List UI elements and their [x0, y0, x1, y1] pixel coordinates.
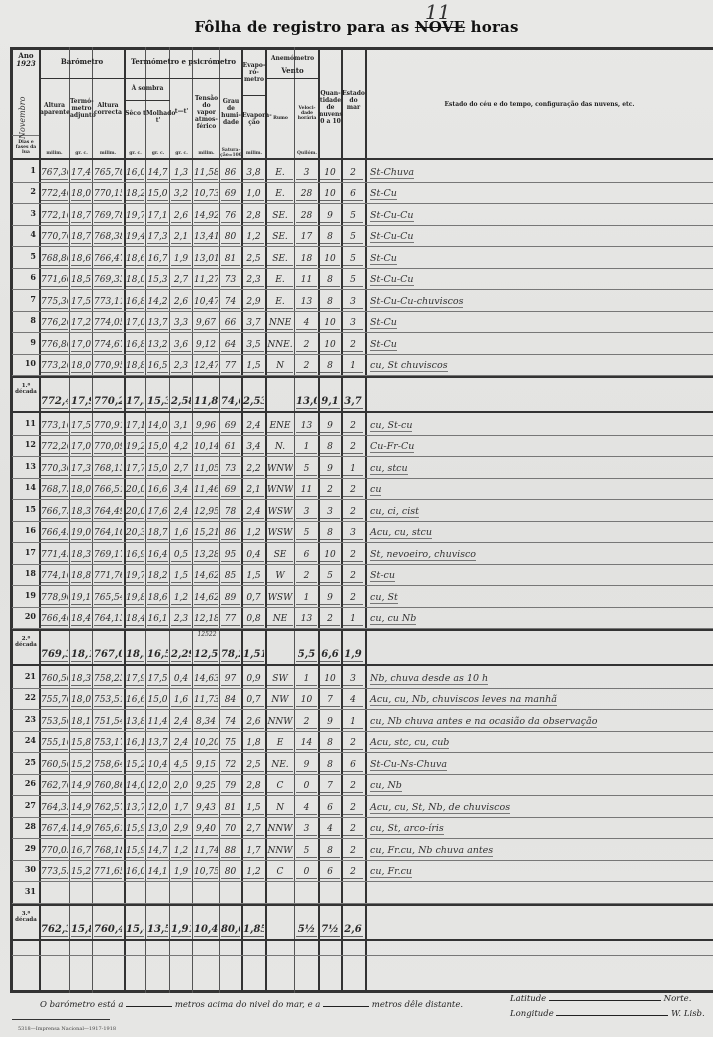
cell-seco: 19,8	[126, 592, 144, 605]
cell-tensao: 8,34	[194, 716, 218, 729]
row-rule	[12, 709, 713, 710]
sky-remark: cu, Fr.cu, Nb chuva antes	[370, 845, 493, 857]
cell-diff: 2,4	[171, 716, 191, 729]
day-number: 22	[14, 692, 36, 702]
day-number: 20	[14, 611, 36, 621]
cell-nuv: 8	[320, 759, 340, 772]
cell-alt-corr: 768,18	[94, 845, 122, 858]
decade-label: 2.ª década	[12, 636, 40, 648]
cell-hum: 70	[221, 823, 240, 836]
cell-evap: 2,5	[243, 759, 264, 772]
cell-diff: 4,2	[171, 441, 191, 454]
cell-diff: 3,6	[171, 339, 191, 352]
cell-hum: 77	[221, 613, 240, 626]
cell-alt-ap: 768,80	[41, 253, 68, 266]
cell-hum: 74,6	[221, 396, 240, 409]
row-rule	[12, 246, 713, 247]
cell-tensao: 10,45	[194, 924, 218, 937]
unit-seco: gr. c.	[125, 151, 146, 156]
cell-rumo: N	[267, 802, 293, 815]
cell-vel: 5½	[296, 924, 317, 937]
cell-alt-ap: 773,10	[41, 420, 68, 433]
cell-hum: 79	[221, 780, 240, 793]
unit-evaporacao: milim.	[242, 151, 266, 156]
unit-termometro-adjunto: gr. c.	[70, 151, 93, 156]
cell-molh: 16,5	[147, 360, 168, 373]
cell-term-adj: 15,8	[71, 737, 91, 750]
row-rule	[12, 182, 713, 183]
day-number: 30	[14, 864, 36, 874]
sky-remark: St-Cu	[370, 317, 397, 329]
cell-alt-ap: 767,45	[41, 823, 68, 836]
velocidade-header: Veloci-dade horária	[295, 106, 319, 121]
cell-alt-ap: 774,10	[41, 570, 68, 583]
cell-tensao: 13,28	[194, 549, 218, 562]
cell-molh: 15,37	[147, 396, 168, 409]
cell-tensao: 11,46	[194, 484, 218, 497]
cell-mar: 6	[343, 759, 363, 772]
cell-molh: 16,52	[147, 649, 168, 662]
cell-term-adj: 17,5	[71, 420, 91, 433]
cell-alt-ap: 771,45	[41, 549, 68, 562]
cell-seco: 17,7	[126, 463, 144, 476]
day-number: 27	[14, 800, 36, 810]
vento-header: Vento	[266, 67, 319, 75]
cell-seco: 19,7	[126, 570, 144, 583]
cell-evap: 1,2	[243, 866, 264, 879]
cell-nuv: 9	[320, 592, 340, 605]
cell-tensao: 11,05	[194, 463, 218, 476]
row-rule	[12, 752, 713, 753]
cell-tensao: 13,41	[194, 231, 218, 244]
cell-evap: 1,5	[243, 570, 264, 583]
cell-diff: 3,4	[171, 484, 191, 497]
cell-diff: 1,2	[171, 845, 191, 858]
cell-mar: 5	[343, 231, 363, 244]
cell-diff: 2,7	[171, 274, 191, 287]
cell-term-adj: 18,0	[71, 694, 91, 707]
cell-diff: 2,1	[171, 231, 191, 244]
cell-rumo: W	[267, 570, 293, 583]
row-rule	[12, 731, 713, 732]
cell-seco: 15,9	[126, 823, 144, 836]
cell-molh: 16,7	[147, 253, 168, 266]
cell-alt-corr: 766,51	[94, 484, 122, 497]
cell-seco: 16,1	[126, 737, 144, 750]
cell-alt-corr: 770,09	[94, 441, 122, 454]
cell-evap: 1,5	[243, 802, 264, 815]
cell-alt-corr: 765,70	[94, 167, 122, 180]
cell-alt-corr: 769,78	[94, 210, 122, 223]
cell-nuv: 8	[320, 441, 340, 454]
row-rule	[12, 354, 713, 355]
cell-seco: 14,0	[126, 780, 144, 793]
cell-term-adj: 17,2	[71, 317, 91, 330]
cell-diff: 0,5	[171, 549, 191, 562]
cell-vel: 2	[296, 360, 317, 373]
day-number: 5	[14, 251, 36, 261]
altura-aparente-header: Altura aparente	[40, 102, 69, 116]
month-value: Novembro	[18, 90, 38, 145]
cell-term-adj: 19,0	[71, 527, 91, 540]
day-number: 15	[14, 504, 36, 514]
cell-term-adj: 18,0	[71, 484, 91, 497]
cell-evap: 1,51	[243, 649, 264, 662]
day-number: 6	[14, 272, 36, 282]
cell-vel: 6	[296, 549, 317, 562]
cell-mar: 4	[343, 694, 363, 707]
cell-mar: 3,7	[343, 396, 363, 409]
row-rule	[12, 311, 713, 312]
cell-nuv: 6	[320, 802, 340, 815]
cell-molh: 15,0	[147, 441, 168, 454]
cell-nuv: 3	[320, 506, 340, 519]
cell-alt-ap: 773,20	[41, 360, 68, 373]
cell-molh: 14,7	[147, 167, 168, 180]
cell-alt-corr: 751,54	[94, 716, 122, 729]
cell-diff: 1,2	[171, 592, 191, 605]
a-sombra-header: À sombra	[125, 85, 170, 92]
cell-nuv: 10	[320, 167, 340, 180]
cell-mar: 2	[343, 420, 363, 433]
cell-alt-corr: 769,17	[94, 549, 122, 562]
cell-molh: 16,6	[147, 484, 168, 497]
row-rule	[12, 203, 713, 204]
row-rule	[12, 664, 713, 666]
cell-vel: 14	[296, 737, 317, 750]
cell-tensao: 11,58	[194, 167, 218, 180]
day-number: 23	[14, 714, 36, 724]
cell-seco: 18,0	[126, 274, 144, 287]
cell-seco: 17,93	[126, 396, 144, 409]
mar-header: Estado do mar	[342, 90, 365, 111]
cell-rumo: N	[267, 360, 293, 373]
cell-term-adj: 17,4	[71, 167, 91, 180]
unit-altura-aparente: milim.	[40, 151, 69, 156]
cell-mar: 3	[343, 673, 363, 686]
cell-mar: 2	[343, 339, 363, 352]
row-rule	[12, 499, 713, 500]
cell-diff: 2,6	[171, 296, 191, 309]
sky-remark: cu, cu Nb	[370, 613, 416, 625]
estado-ceu-header: Estado do céu e do tempo, configuração d…	[366, 101, 713, 108]
cell-mar: 1,9	[343, 649, 363, 662]
cell-evap: 3,7	[243, 317, 264, 330]
cell-diff: 2,0	[171, 780, 191, 793]
imprint: 5318—Imprensa Nacional—1917-1918	[18, 1026, 116, 1032]
cell-seco: 16,8	[126, 339, 144, 352]
cell-alt-corr: 771,76	[94, 570, 122, 583]
cell-seco: 20,0	[126, 484, 144, 497]
cell-seco: 19,2	[126, 441, 144, 454]
cell-diff: 3,3	[171, 317, 191, 330]
barometer-note-suffix: metros dêle distante.	[372, 1000, 463, 1010]
cell-alt-ap: 766,45	[41, 527, 68, 540]
sky-remark: cu, St-cu	[370, 420, 412, 432]
cell-alt-corr: 764,10	[94, 527, 122, 540]
cell-evap: 2,3	[243, 274, 264, 287]
cell-nuv: 10	[320, 317, 340, 330]
cell-molh: 13,7	[147, 737, 168, 750]
cell-vel: 2	[296, 716, 317, 729]
title-suffix: horas	[471, 18, 519, 36]
cell-alt-ap: 772,40	[41, 188, 68, 201]
cell-evap: 0,9	[243, 673, 264, 686]
cell-vel: 5	[296, 527, 317, 540]
cell-vel: 13	[296, 613, 317, 626]
cell-molh: 12,0	[147, 780, 168, 793]
cell-vel: 13,0	[296, 396, 317, 409]
cell-evap: 1,5	[243, 360, 264, 373]
cell-hum: 78,2	[221, 649, 240, 662]
cell-rumo: E.	[267, 188, 293, 201]
cell-term-adj: 18,1	[71, 716, 91, 729]
cell-mar: 2	[343, 823, 363, 836]
cell-alt-corr: 758,23	[94, 673, 122, 686]
cell-alt-corr: 767,05	[94, 649, 122, 662]
cell-rumo: NE.	[267, 759, 293, 772]
cell-mar: 3	[343, 296, 363, 309]
cell-seco: 18,2	[126, 188, 144, 201]
sky-remark: St-Chuva	[370, 167, 414, 179]
row-rule	[12, 289, 713, 290]
cell-rumo: NNW	[267, 823, 293, 836]
cell-evap: 1,2	[243, 527, 264, 540]
barometer-note-mid: metros acima do nivel do mar, e a	[175, 1000, 321, 1010]
cell-evap: 0,4	[243, 549, 264, 562]
cell-seco: 17,1	[126, 420, 144, 433]
cell-tensao: 9,67	[194, 317, 218, 330]
cell-diff: 3,1	[171, 420, 191, 433]
sky-remark: cu, stcu	[370, 463, 408, 475]
cell-alt-ap: 769,35	[41, 649, 68, 662]
sky-remark: cu, ci, cist	[370, 506, 419, 518]
day-number: 24	[14, 735, 36, 745]
cell-hum: 80	[221, 231, 240, 244]
cell-molh: 14,7	[147, 845, 168, 858]
unit-humidade: Satura-ção=100	[220, 148, 242, 158]
row-rule	[12, 795, 713, 796]
cell-evap: 1,0	[243, 188, 264, 201]
cell-nuv: 10	[320, 188, 340, 201]
cell-molh: 14,0	[147, 420, 168, 433]
cell-molh: 18,2	[147, 570, 168, 583]
cell-hum: 81	[221, 802, 240, 815]
sky-remark: St-Cu-Cu-chuviscos	[370, 296, 463, 308]
cell-mar: 5	[343, 274, 363, 287]
cell-evap: 1,8	[243, 737, 264, 750]
cell-tensao: 10,75	[194, 866, 218, 879]
cell-diff: 2,6	[171, 210, 191, 223]
cell-mar: 2	[343, 506, 363, 519]
cell-tensao: 14,62	[194, 592, 218, 605]
header-separator	[125, 100, 170, 101]
unit-molhado: gr. c.	[146, 151, 170, 156]
day-number: 29	[14, 843, 36, 853]
cell-alt-ap: 755,10	[41, 737, 68, 750]
cell-mar: 1	[343, 360, 363, 373]
longitude-line: Longitude W. Lisb.	[510, 1009, 705, 1019]
cell-hum: 78	[221, 506, 240, 519]
cell-diff: 2,3	[171, 360, 191, 373]
cell-rumo: WNW	[267, 484, 293, 497]
cell-molh: 13,7	[147, 317, 168, 330]
cell-molh: 13,2	[147, 339, 168, 352]
cell-vel: 0	[296, 780, 317, 793]
cell-diff: 2,7	[171, 463, 191, 476]
unit-tensao: milim.	[193, 151, 220, 156]
cell-mar: 2	[343, 484, 363, 497]
cell-vel: 5	[296, 463, 317, 476]
row-rule	[12, 564, 713, 565]
cell-tensao: 11,74	[194, 845, 218, 858]
cell-nuv: 8	[320, 845, 340, 858]
header-separator	[125, 78, 242, 79]
day-number: 21	[14, 671, 36, 681]
row-rule	[12, 860, 713, 861]
cell-alt-ap: 762,70	[41, 780, 68, 793]
day-number: 1	[14, 165, 36, 175]
cell-term-adj: 18,8	[71, 570, 91, 583]
cell-nuv: 9	[320, 210, 340, 223]
cell-nuv: 2	[320, 613, 340, 626]
cell-rumo: E.	[267, 274, 293, 287]
cell-vel: 5	[296, 845, 317, 858]
cell-hum: 72	[221, 759, 240, 772]
cell-tensao: 11,85	[194, 396, 218, 409]
cell-tensao: 9,43	[194, 802, 218, 815]
cell-tensao: 12,47	[194, 360, 218, 373]
cell-tensao: 9,12	[194, 339, 218, 352]
cell-tensao: 10,14	[194, 441, 218, 454]
cell-seco: 18,91	[126, 649, 144, 662]
cell-hum: 66	[221, 317, 240, 330]
cell-hum: 75	[221, 737, 240, 750]
cell-seco: 19,4	[126, 231, 144, 244]
cell-hum: 69	[221, 188, 240, 201]
longitude-label: Longitude	[510, 1009, 554, 1019]
cell-vel: 11	[296, 274, 317, 287]
cell-molh: 15,0	[147, 694, 168, 707]
cell-vel: 28	[296, 210, 317, 223]
cell-term-adj: 17,0	[71, 339, 91, 352]
cell-nuv: 2	[320, 484, 340, 497]
cell-rumo: ENE	[267, 420, 293, 433]
cell-term-adj: 14,9	[71, 802, 91, 815]
cell-hum: 86	[221, 527, 240, 540]
cell-hum: 80	[221, 866, 240, 879]
cell-tensao: 9,96	[194, 420, 218, 433]
cell-term-adj: 18,0	[71, 360, 91, 373]
day-number: 26	[14, 778, 36, 788]
cell-alt-corr: 764,13	[94, 613, 122, 626]
sky-remark: St-Cu-Cu	[370, 210, 414, 222]
cell-alt-ap: 770,30	[41, 463, 68, 476]
cell-term-adj: 18,5	[71, 274, 91, 287]
sky-remark: cu, St, arco-íris	[370, 823, 444, 835]
cell-hum: 64	[221, 339, 240, 352]
latitude-blank	[549, 1000, 661, 1001]
cell-molh: 10,4	[147, 759, 168, 772]
cell-alt-ap: 772,10	[41, 210, 68, 223]
cell-rumo: NNW	[267, 845, 293, 858]
cell-term-adj: 18,3	[71, 673, 91, 686]
cell-alt-corr: 764,49	[94, 506, 122, 519]
cell-nuv: 8	[320, 527, 340, 540]
cell-nuv: 9	[320, 420, 340, 433]
sky-remark: Acu, stc, cu, cub	[370, 737, 449, 749]
cell-alt-ap: 772,44	[41, 396, 68, 409]
cell-mar: 2,6	[343, 924, 363, 937]
cell-molh: 12,0	[147, 802, 168, 815]
cell-rumo: E.	[267, 167, 293, 180]
cell-vel: 4	[296, 317, 317, 330]
cell-vel: 9	[296, 759, 317, 772]
cell-alt-ap: 766,75	[41, 506, 68, 519]
cell-alt-ap: 776,20	[41, 317, 68, 330]
cell-seco: 18,4	[126, 613, 144, 626]
cell-alt-ap: 770,05	[41, 845, 68, 858]
row-rule	[12, 939, 713, 941]
cell-tensao: 9,25	[194, 780, 218, 793]
header-separator	[242, 95, 266, 96]
row-rule	[12, 542, 713, 543]
cell-rumo: NNW	[267, 716, 293, 729]
longitude-suffix: W. Lisb.	[671, 1009, 705, 1019]
day-number: 8	[14, 315, 36, 325]
cell-vel: 28	[296, 188, 317, 201]
cell-alt-corr: 769,33	[94, 274, 122, 287]
cell-diff: 4,5	[171, 759, 191, 772]
cell-tensao: 10,47	[194, 296, 218, 309]
cell-alt-corr: 774,05	[94, 317, 122, 330]
cell-diff: 3,2	[171, 188, 191, 201]
register-sheet: 11 Fôlha de registro para as NOVE horas …	[0, 0, 713, 1037]
cell-alt-corr: 765,61	[94, 823, 122, 836]
cell-tensao: 14,92	[194, 210, 218, 223]
cell-diff: 1,6	[171, 527, 191, 540]
unit-velocidade: Quilóm.	[295, 151, 319, 156]
cell-evap: 1,7	[243, 845, 264, 858]
cell-hum: 88	[221, 845, 240, 858]
cell-vel: 2	[296, 570, 317, 583]
cell-vel: 13	[296, 296, 317, 309]
day-number: 16	[14, 525, 36, 535]
latitude-line: Latitude Norte.	[510, 994, 691, 1004]
cell-tensao: 9,15	[194, 759, 218, 772]
cell-vel: 0	[296, 866, 317, 879]
cell-mar: 6	[343, 188, 363, 201]
sky-remark: Cu-Fr-Cu	[370, 441, 414, 453]
cell-diff: 1,7	[171, 802, 191, 815]
cell-alt-corr: 762,57	[94, 802, 122, 815]
cell-nuv: 8	[320, 737, 340, 750]
cell-nuv: 8	[320, 296, 340, 309]
title-prefix: Fôlha de registro para as	[194, 18, 409, 36]
cell-hum: 76	[221, 210, 240, 223]
hour-word: NOVE	[415, 18, 465, 36]
cell-tensao: 12,18	[194, 613, 218, 626]
cell-mar: 1	[343, 716, 363, 729]
cell-term-adj: 17,0	[71, 441, 91, 454]
row-rule	[12, 521, 713, 522]
altura-correcta-header: Altura correcta	[93, 102, 123, 116]
cell-hum: 80,0	[221, 924, 240, 937]
cell-hum: 74	[221, 296, 240, 309]
cell-mar: 2	[343, 737, 363, 750]
sky-remark: Acu, cu, St, Nb, de chuviscos	[370, 802, 510, 814]
cell-nuv: 10	[320, 339, 340, 352]
